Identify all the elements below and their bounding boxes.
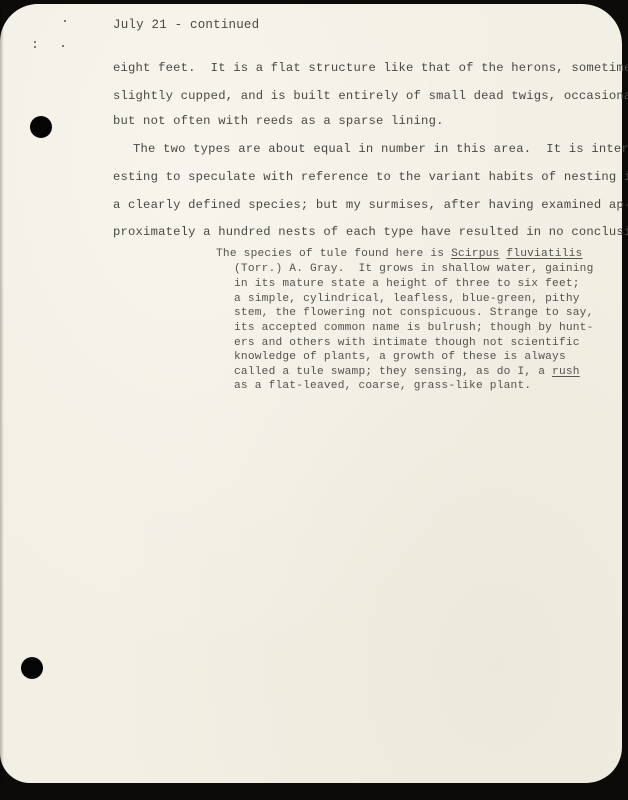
botanical-note-line-8: knowledge of plants, a growth of these i… bbox=[234, 350, 566, 364]
botanical-note-line-4: a simple, cylindrical, leafless, blue-gr… bbox=[234, 292, 580, 306]
scientific-name-genus: Scirpus bbox=[451, 248, 499, 260]
botanical-note-line-9: called a tule swamp; they sensing, as do… bbox=[234, 365, 580, 379]
note-line-1-prefix: The species of tule found here is bbox=[216, 248, 451, 260]
page-edge-shadow bbox=[0, 4, 4, 783]
paragraph-2-line-2: esting to speculate with reference to th… bbox=[113, 170, 628, 184]
ink-speck bbox=[34, 41, 36, 43]
botanical-note-line-3: in its mature state a height of three to… bbox=[234, 277, 580, 291]
botanical-note-line-7: ers and others with intimate though not … bbox=[234, 336, 580, 350]
botanical-note-line-6: its accepted common name is bulrush; tho… bbox=[234, 321, 594, 335]
paragraph-2-line-1: The two types are about equal in number … bbox=[133, 142, 628, 156]
paragraph-1-line-2: slightly cupped, and is built entirely o… bbox=[113, 89, 628, 103]
paragraph-1-line-1: eight feet. It is a flat structure like … bbox=[113, 61, 628, 75]
typewritten-page: July 21 - continued eight feet. It is a … bbox=[0, 4, 622, 783]
botanical-note-line-2: (Torr.) A. Gray. It grows in shallow wat… bbox=[234, 262, 594, 276]
ink-speck bbox=[64, 20, 66, 22]
botanical-note-line-1: The species of tule found here is Scirpu… bbox=[216, 247, 582, 261]
ink-speck bbox=[34, 46, 36, 48]
botanical-note-line-10: as a flat-leaved, coarse, grass-like pla… bbox=[234, 379, 531, 393]
punch-hole-top bbox=[30, 116, 52, 138]
page-header: July 21 - continued bbox=[113, 18, 259, 32]
paragraph-2-line-3: a clearly defined species; but my surmis… bbox=[113, 198, 628, 212]
scientific-name-species: fluviatilis bbox=[506, 248, 582, 260]
underlined-word-rush: rush bbox=[552, 366, 580, 378]
paragraph-1-line-3: but not often with reeds as a sparse lin… bbox=[113, 114, 444, 128]
punch-hole-bottom bbox=[21, 657, 43, 679]
paragraph-2-line-4: proximately a hundred nests of each type… bbox=[113, 225, 628, 239]
ink-speck bbox=[62, 45, 64, 47]
botanical-note-line-5: stem, the flowering not conspicuous. Str… bbox=[234, 306, 594, 320]
note-line-9-prefix: called a tule swamp; they sensing, as do… bbox=[234, 366, 552, 378]
